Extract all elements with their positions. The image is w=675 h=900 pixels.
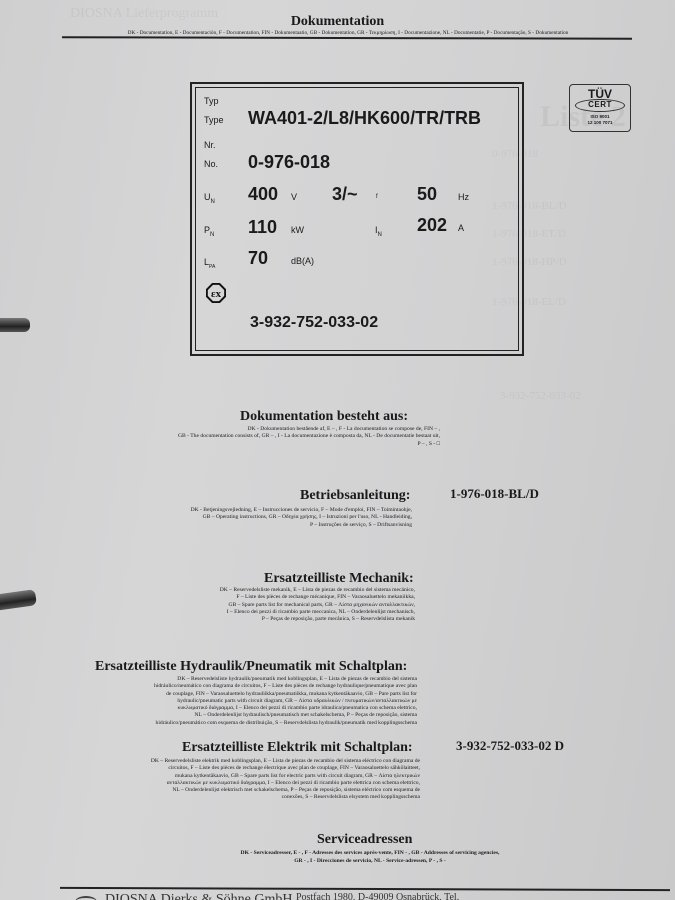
- diosna-logo-icon: [75, 896, 97, 900]
- no-label-en: No.: [204, 159, 218, 169]
- footer-company: DIOSNA Dierks & Söhne GmbH Postfach 1980…: [75, 892, 459, 900]
- in-unit: A: [458, 223, 464, 233]
- ex-explosion-protection-icon: εx: [206, 283, 226, 308]
- section-text-electrical-parts: DK – Reservedelsliste elektrik med kobli…: [80, 758, 420, 802]
- lpa-value: 70: [248, 248, 268, 269]
- freq-label: f: [376, 194, 378, 200]
- section-title-operating-instructions: Betriebsanleitung:: [300, 488, 410, 504]
- ref-operating-instructions: 1-976-018-BL/D: [450, 486, 539, 502]
- pn-value: 110: [248, 217, 277, 238]
- header-subtitle: DK - Documentation, E - Documentación, F…: [78, 30, 618, 36]
- nameplate: Typ Type WA401-2/L8/HK600/TR/TRB Nr. No.…: [190, 82, 524, 356]
- lpa-unit: dB(A): [291, 256, 314, 266]
- freq-unit: Hz: [458, 192, 469, 202]
- in-value: 202: [417, 215, 447, 236]
- footer-rule: [60, 887, 670, 891]
- drawing-number: 3-932-752-033-02: [250, 314, 378, 332]
- pn-label: PN: [204, 225, 214, 238]
- type-label-de: Typ: [204, 96, 219, 106]
- no-label-de: Nr.: [204, 140, 216, 150]
- freq-value: 50: [417, 184, 437, 205]
- section-title-contents: Dokumentation besteht aus:: [240, 409, 408, 425]
- un-label: UN: [204, 192, 215, 205]
- binder-ring-bottom: [0, 589, 37, 611]
- no-value: 0-976-018: [248, 152, 330, 173]
- section-title-hydraulic-parts: Ersatzteilliste Hydraulik/Pneumatik mit …: [95, 659, 407, 675]
- tuv-cert-word: CERT: [570, 100, 630, 109]
- section-text-contents: DK - Dokumentation bestående af, E – , F…: [95, 426, 440, 448]
- phase-value: 3/~: [332, 184, 358, 205]
- header-title: Dokumentation: [0, 14, 675, 30]
- tuv-cert-logo: TÜV CERT ISO 900112 100 7071: [569, 84, 631, 132]
- lpa-label: LPA: [204, 257, 215, 270]
- type-label-en: Type: [204, 115, 224, 125]
- pn-unit: kW: [291, 225, 304, 235]
- header-rule: [62, 36, 632, 39]
- un-value: 400: [248, 184, 278, 205]
- ghost-row: 3-932-752-033-02: [500, 390, 581, 402]
- section-text-operating-instructions: DK - Betjeningsvejledning, E – Instrucci…: [110, 507, 412, 529]
- un-unit: V: [291, 192, 297, 202]
- section-title-service-addresses: Serviceadressen: [317, 832, 412, 848]
- tuv-iso: ISO 900112 100 7071: [570, 114, 630, 125]
- section-title-electrical-parts: Ersatzteilliste Elektrik mit Schaltplan:: [182, 740, 413, 756]
- section-text-hydraulic-parts: DK – Reservedelsliste hydraulik/pneumati…: [82, 676, 417, 727]
- svg-text:εx: εx: [211, 288, 222, 300]
- section-text-mechanical-parts: DK – Reservedelsliste mekanik, E – Lista…: [150, 587, 415, 623]
- section-title-mechanical-parts: Ersatzteilliste Mechanik:: [264, 571, 414, 587]
- ref-electrical-parts: 3-932-752-033-02 D: [456, 738, 564, 754]
- type-value: WA401-2/L8/HK600/TR/TRB: [248, 108, 481, 129]
- in-label: IN: [375, 225, 382, 238]
- section-text-service-addresses: DK - Serviceadresser, E - , F - Adresses…: [180, 849, 560, 865]
- binder-ring-top: [0, 318, 30, 332]
